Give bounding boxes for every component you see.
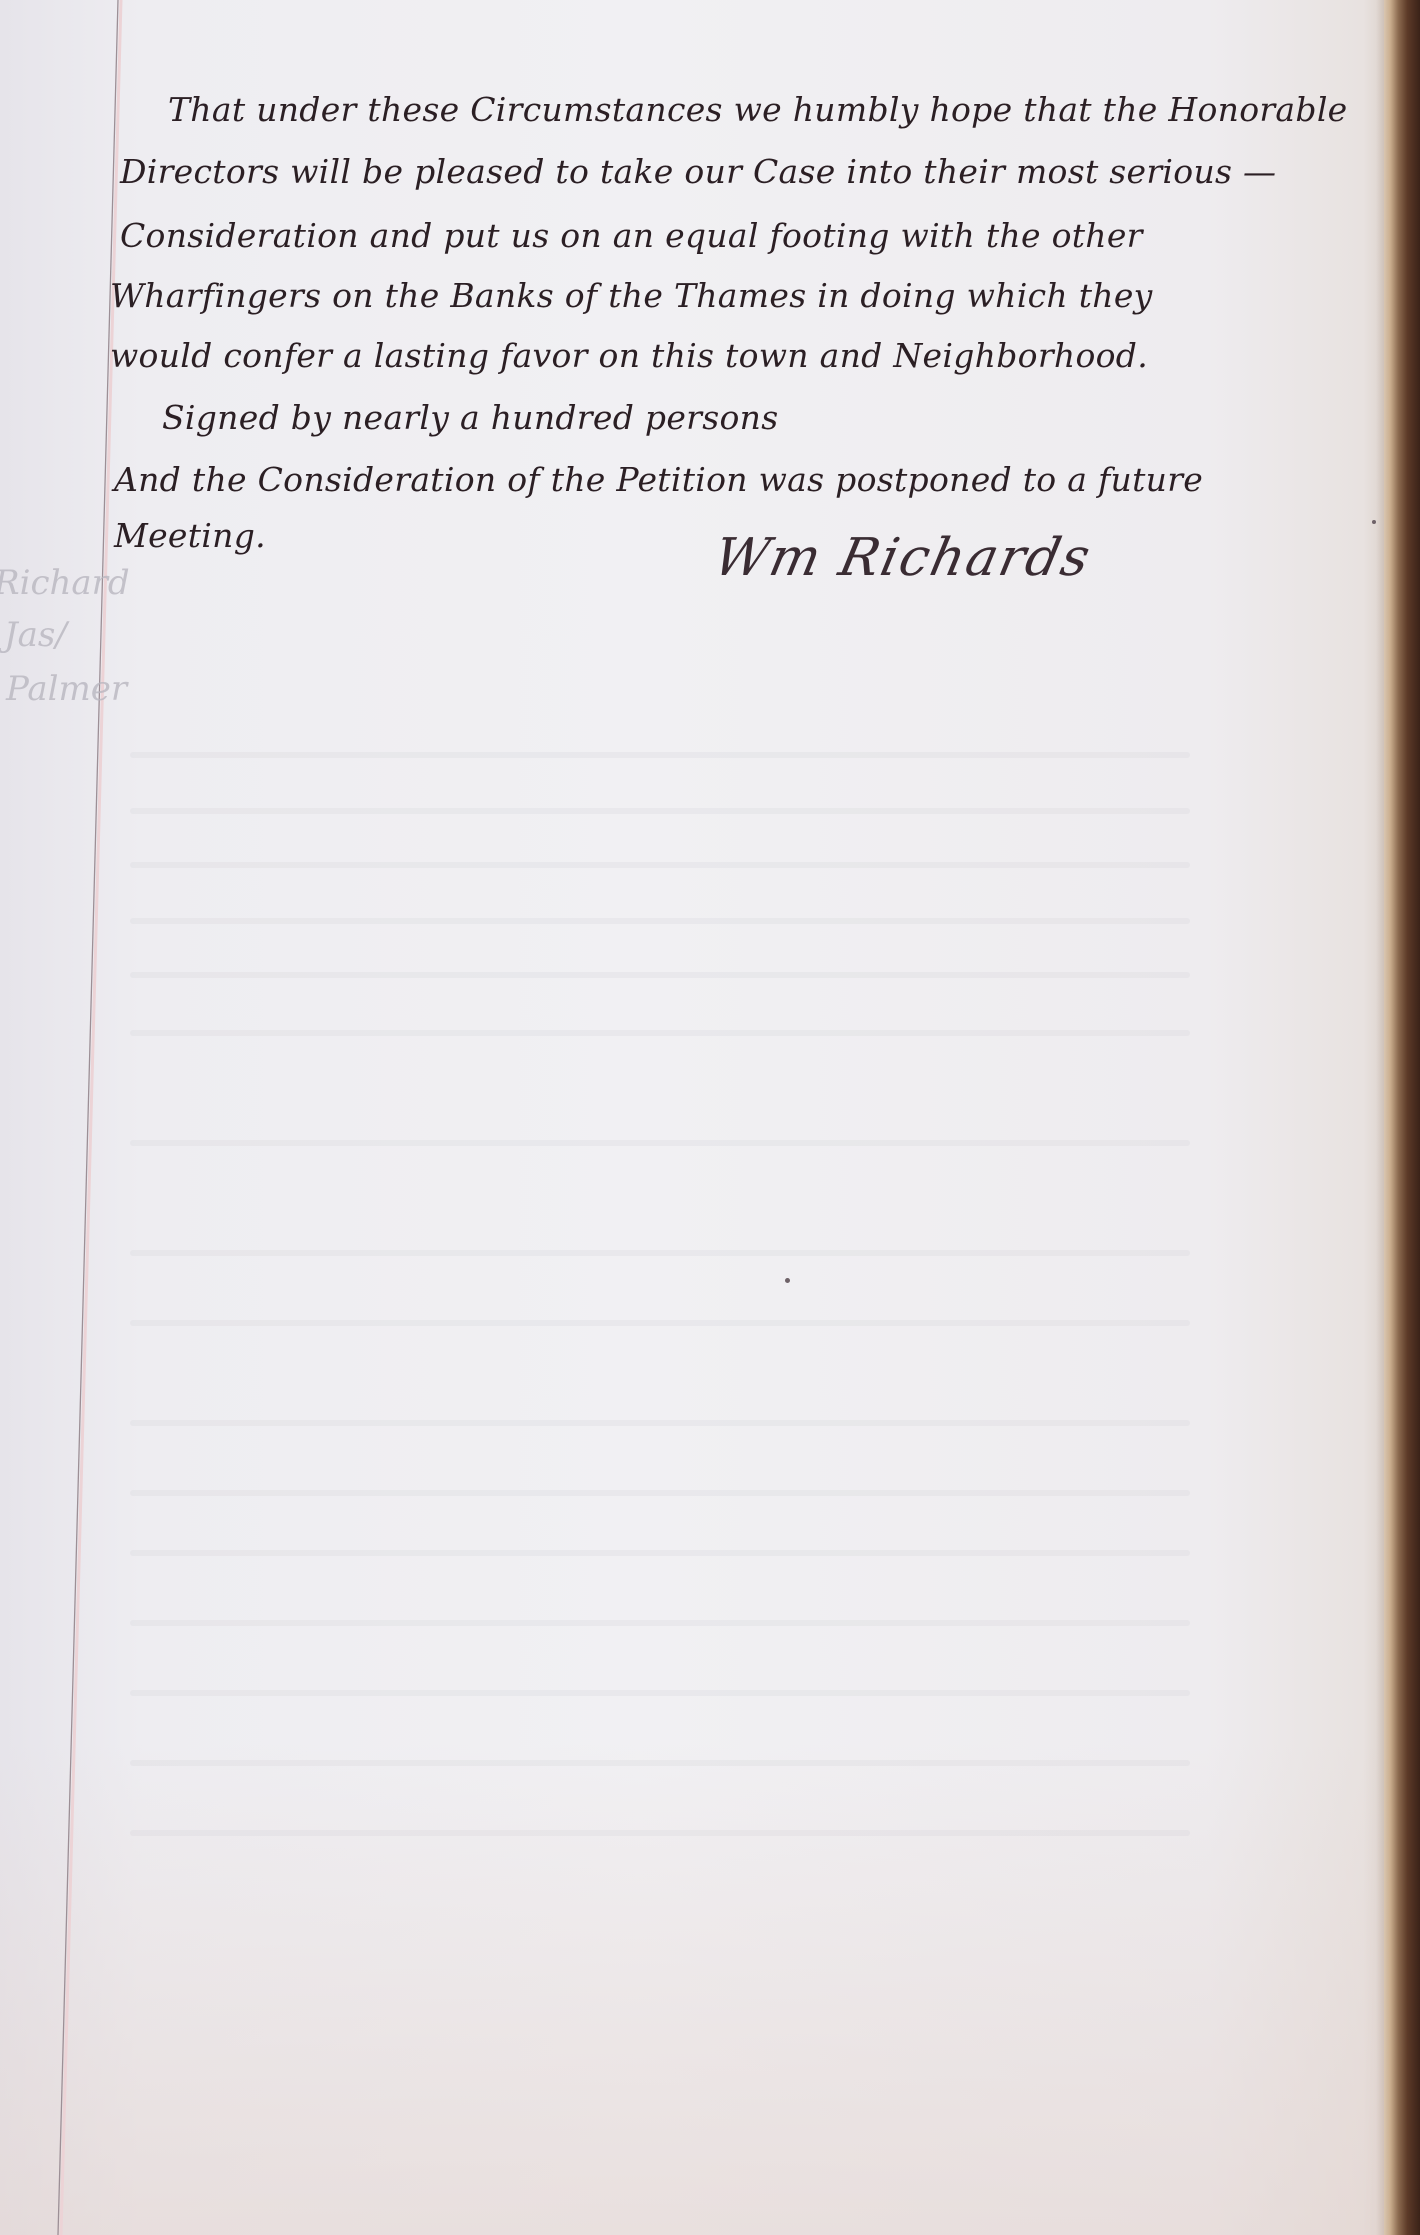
bleed-through-line [130,1690,1190,1696]
bleed-through-line [130,1620,1190,1626]
bleed-through-line [130,1320,1190,1326]
paper-speck [785,1278,790,1283]
book-binding-edge [1384,0,1420,2235]
text-line-6: Signed by nearly a hundred persons [162,398,778,437]
bleed-through-line [130,918,1190,924]
bleed-through-line [130,1760,1190,1766]
bleed-through-line [130,1490,1190,1496]
bleed-through-line [130,862,1190,868]
margin-note-richard: Richard [0,560,130,606]
margin-note-palmer: Palmer [6,666,127,712]
bleed-through-line [130,1830,1190,1836]
text-line-5: would confer a lasting favor on this tow… [110,336,1148,375]
bleed-through-line [130,1140,1190,1146]
text-line-7: And the Consideration of the Petition wa… [114,460,1203,499]
bleed-through-line [130,972,1190,978]
manuscript-page: Richard Jas/ Palmer That under these Cir… [0,0,1420,2235]
margin-rule [0,0,1,2235]
margin-note-jas: Jas/ [4,612,67,658]
bleed-through-line [130,808,1190,814]
bleed-through-line [130,1030,1190,1036]
bleed-through-line [130,1250,1190,1256]
text-line-1: That under these Circumstances we humbly… [168,90,1348,129]
text-line-8: Meeting. [114,516,266,555]
text-line-2: Directors will be pleased to take our Ca… [120,152,1276,191]
signature-wm-richards: Wm Richards [709,528,1097,588]
text-line-4: Wharfingers on the Banks of the Thames i… [110,276,1153,315]
bleed-through-line [130,1550,1190,1556]
text-line-3: Consideration and put us on an equal foo… [120,216,1143,255]
bleed-through-line [130,752,1190,758]
bleed-through-line [130,1420,1190,1426]
